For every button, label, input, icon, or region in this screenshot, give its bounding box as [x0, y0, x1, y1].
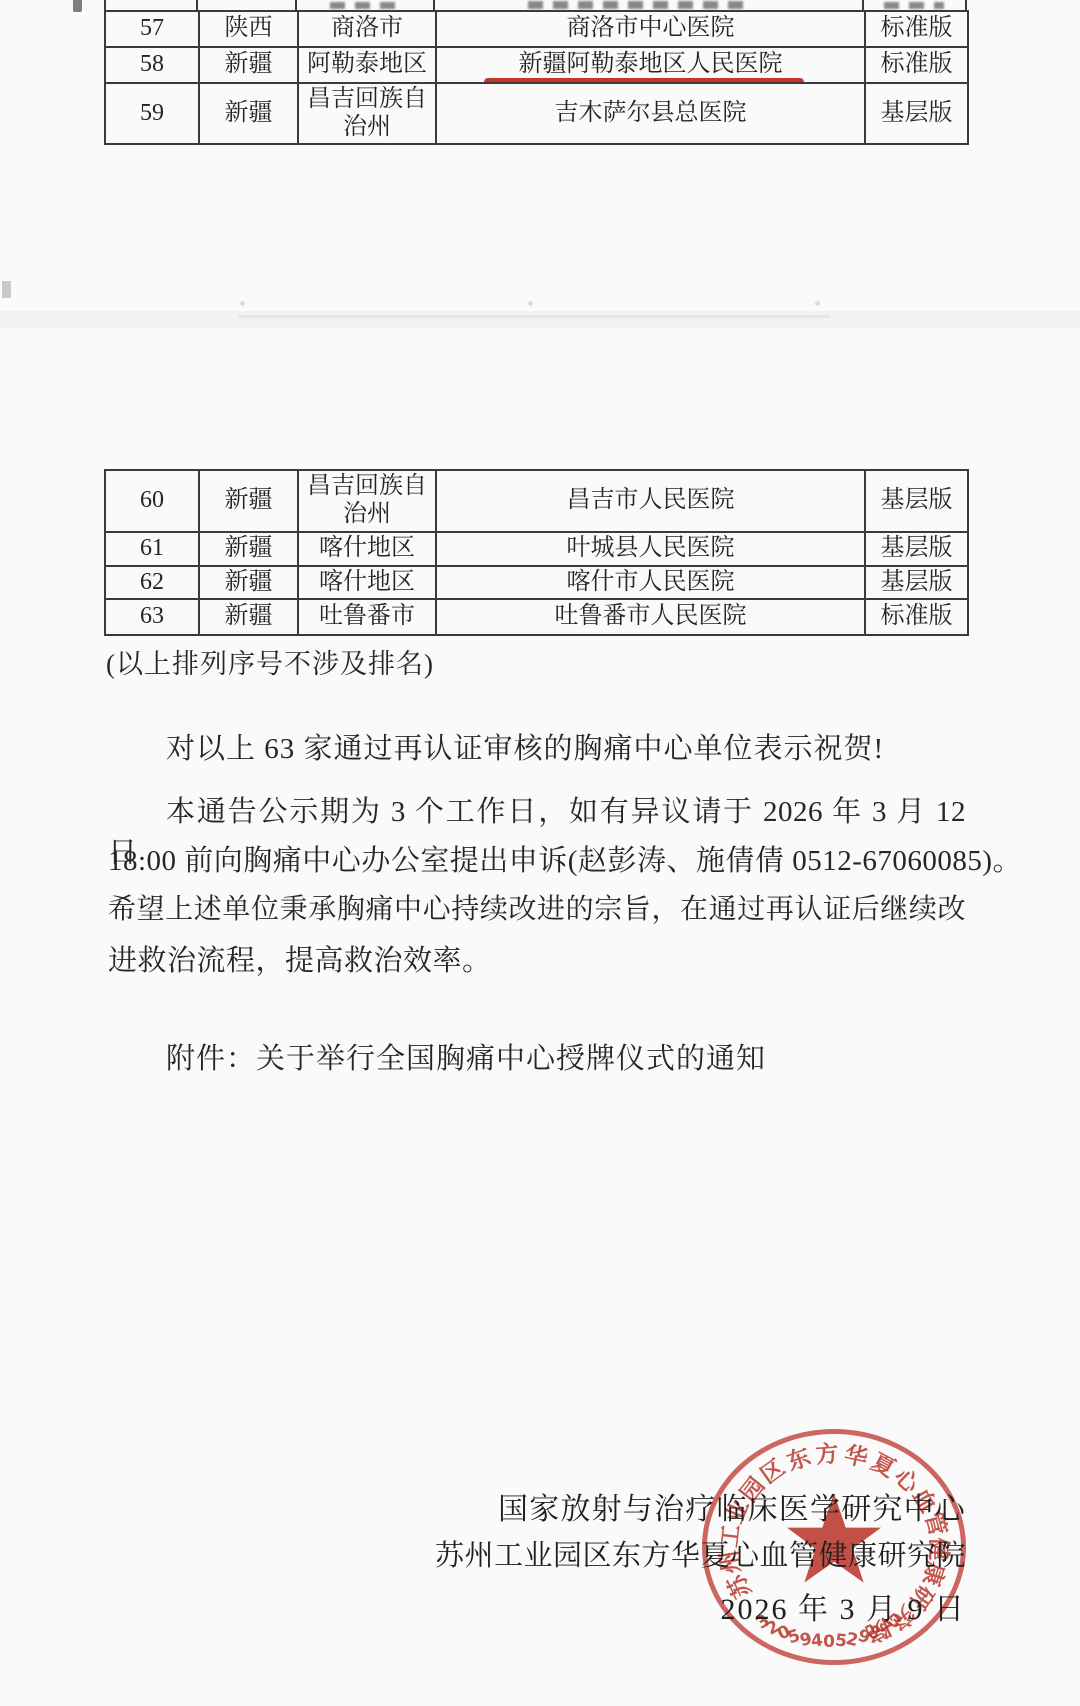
cell-hospital: 昌吉市人民医院: [436, 470, 865, 532]
scan-edge-mark: [73, 0, 82, 12]
cell-province: 陕西: [199, 11, 298, 47]
cell-seq: 63: [105, 599, 199, 635]
cell-city: 商洛市: [298, 11, 436, 47]
cell-hospital-highlighted: 新疆阿勒泰地区人民医院: [436, 47, 865, 83]
cell-hospital: 商洛市中心医院: [436, 11, 865, 47]
cell-version: 基层版: [865, 83, 968, 144]
cell-city: 昌吉回族自治州: [298, 83, 436, 144]
table-row: 62 新疆 喀什地区 喀什市人民医院 基层版: [105, 566, 968, 600]
cell-hospital: 叶城县人民医院: [436, 532, 865, 566]
cell-city: 阿勒泰地区: [298, 47, 436, 83]
table-row: 61 新疆 喀什地区 叶城县人民医院 基层版: [105, 532, 968, 566]
clipped-text-fragment: [884, 2, 944, 9]
body-line: 进救治流程，提高救治效率。: [108, 938, 966, 979]
cell-seq: 60: [105, 470, 199, 532]
scan-dot: [528, 301, 533, 306]
table-border-fragment: [295, 0, 297, 10]
table-footnote: (以上排列序号不涉及排名): [106, 642, 434, 681]
cell-version: 标准版: [865, 47, 968, 83]
clipped-text-fragment: [330, 2, 402, 9]
seal-ring-char: 方: [813, 1441, 841, 1469]
cell-province: 新疆: [199, 566, 298, 600]
congrats-line: 对以上 63 家通过再认证审核的胸痛中心单位表示祝贺!: [108, 726, 968, 767]
table-row: 63 新疆 吐鲁番市 吐鲁番市人民医院 标准版: [105, 599, 968, 635]
cell-city: 喀什地区: [298, 532, 436, 566]
clipped-text-fragment: [528, 1, 753, 9]
cell-city: 昌吉回族自治州: [298, 470, 436, 532]
cell-version: 基层版: [865, 566, 968, 600]
cell-hospital: 吉木萨尔县总医院: [436, 83, 865, 144]
table-row: 57 陕西 商洛市 商洛市中心医院 标准版: [105, 11, 968, 47]
cell-version: 基层版: [865, 532, 968, 566]
cell-version: 标准版: [865, 11, 968, 47]
red-highlight-underline: [484, 78, 804, 83]
scan-dot: [240, 301, 245, 306]
scan-edge-mark: [2, 281, 11, 298]
table-border-fragment: [862, 0, 864, 10]
table-row: 60 新疆 昌吉回族自治州 昌吉市人民医院 基层版: [105, 470, 968, 532]
scan-page-break-shadow: [238, 315, 830, 318]
table-row: 58 新疆 阿勒泰地区 新疆阿勒泰地区人民医院 标准版: [105, 47, 968, 83]
cell-province: 新疆: [199, 47, 298, 83]
cell-city: 吐鲁番市: [298, 599, 436, 635]
body-line: 18:00 前向胸痛中心办公室提出申诉(赵彭涛、施倩倩 0512-6706008…: [108, 838, 966, 879]
issuer-org-line2: 苏州工业园区东方华夏心血管健康研究院: [435, 1533, 966, 1574]
table-row: 59 新疆 昌吉回族自治州 吉木萨尔县总医院 基层版: [105, 83, 968, 144]
cell-province: 新疆: [199, 599, 298, 635]
table-border-fragment: [965, 0, 967, 10]
cell-seq: 58: [105, 47, 199, 83]
attachment-line: 附件：关于举行全国胸痛中心授牌仪式的通知: [108, 1036, 968, 1077]
scan-page-break-band: [0, 311, 1080, 328]
scan-dot: [815, 301, 820, 306]
cell-province: 新疆: [199, 470, 298, 532]
cell-version: 基层版: [865, 470, 968, 532]
issue-date: 2026 年 3 月 9 日: [721, 1584, 967, 1628]
cell-hospital: 吐鲁番市人民医院: [436, 599, 865, 635]
hospital-table-bottom: 60 新疆 昌吉回族自治州 昌吉市人民医院 基层版 61 新疆 喀什地区 叶城县…: [104, 469, 969, 636]
hospital-table-top: 57 陕西 商洛市 商洛市中心医院 标准版 58 新疆 阿勒泰地区 新疆阿勒泰地…: [104, 10, 969, 145]
cell-version: 标准版: [865, 599, 968, 635]
cell-seq: 57: [105, 11, 199, 47]
issuer-org-line1: 国家放射与治疗临床医学研究中心: [498, 1484, 966, 1528]
table-border-fragment: [433, 0, 435, 10]
table-border-fragment: [104, 0, 106, 10]
cell-seq: 62: [105, 566, 199, 600]
cell-province: 新疆: [199, 83, 298, 144]
cell-city: 喀什地区: [298, 566, 436, 600]
cell-hospital: 喀什市人民医院: [436, 566, 865, 600]
hospital-name: 新疆阿勒泰地区人民医院: [519, 51, 783, 77]
cell-seq: 59: [105, 83, 199, 144]
table-border-fragment: [196, 0, 198, 10]
cell-province: 新疆: [199, 532, 298, 566]
cell-seq: 61: [105, 532, 199, 566]
body-line: 希望上述单位秉承胸痛中心持续改进的宗旨，在通过再认证后继续改: [108, 887, 966, 927]
